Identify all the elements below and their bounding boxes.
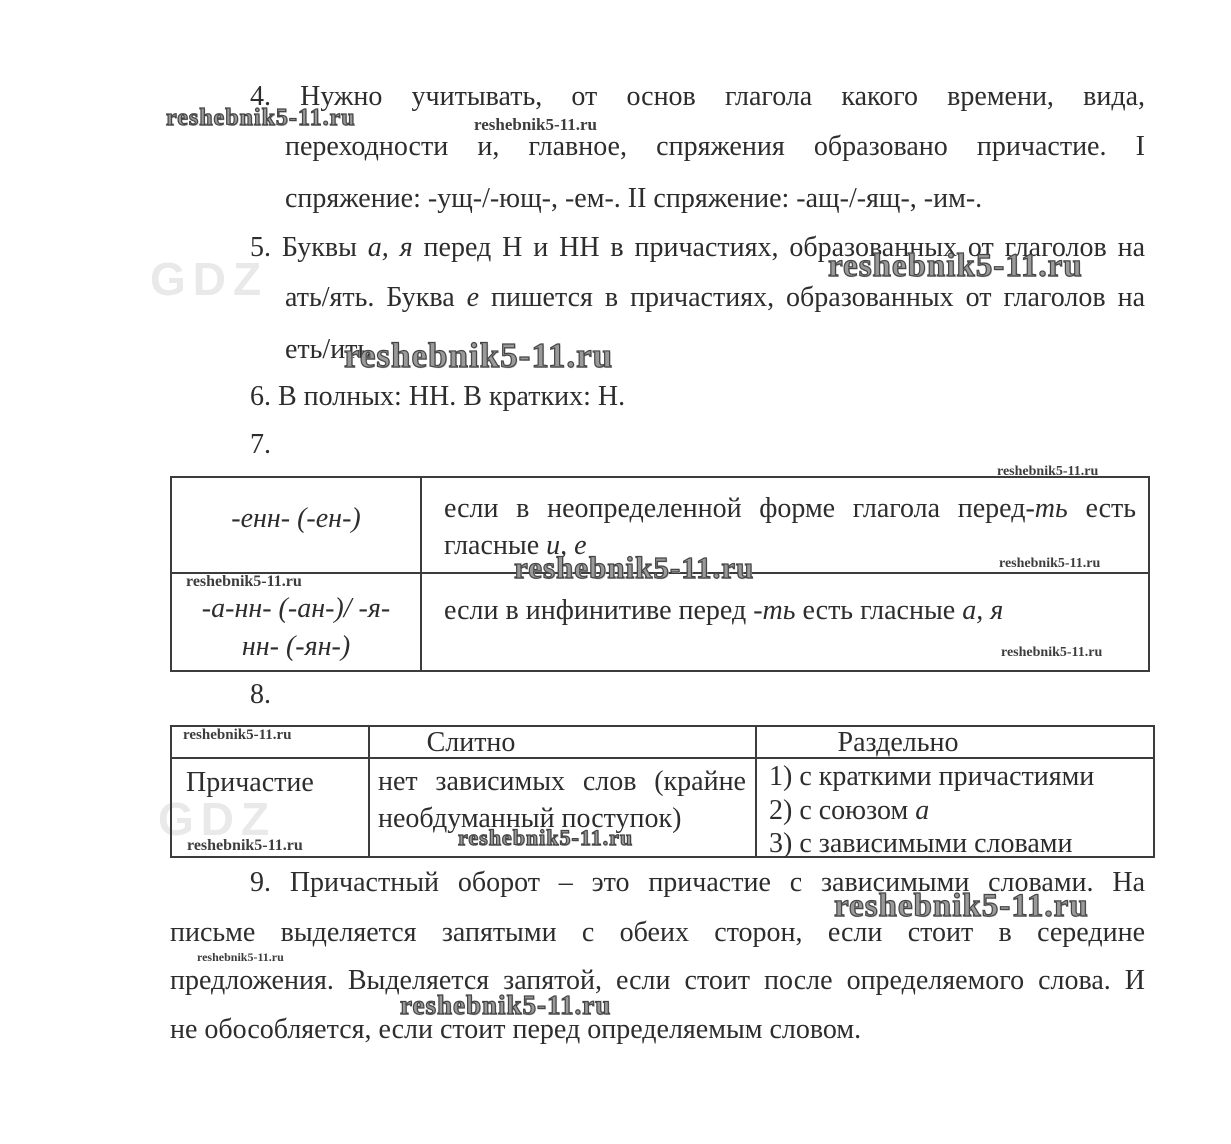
- watermark-text: reshebnik5-11.ru: [458, 827, 633, 849]
- watermark-text: reshebnik5-11.ru: [514, 552, 754, 583]
- watermark-text: reshebnik5-11.ru: [344, 338, 613, 373]
- watermark-text: reshebnik5-11.ru: [999, 557, 1100, 571]
- list-item-4-line-2: переходности и, главное, спряжения образ…: [285, 130, 1145, 164]
- table-column-divider: [420, 478, 422, 670]
- watermark-text: reshebnik5-11.ru: [186, 574, 302, 590]
- watermark-text: reshebnik5-11.ru: [997, 465, 1098, 479]
- watermark-text: reshebnik5-11.ru: [834, 890, 1089, 923]
- watermark-text: reshebnik5-11.ru: [400, 992, 611, 1019]
- ne-spelling-table: Слитно Раздельно Причастие нет зависимых…: [170, 725, 1155, 858]
- table-cell-suffix-enn: -енн- (-ен-): [172, 500, 420, 537]
- watermark-text: reshebnik5-11.ru: [197, 951, 284, 963]
- table-cell-rule-ann: если в инфинитиве перед -ть есть гласные…: [444, 592, 1136, 629]
- document-page: GDZ GDZ 4. Нужно учитывать, от основ гла…: [0, 0, 1231, 1144]
- watermark-text: reshebnik5-11.ru: [828, 250, 1083, 283]
- list-item-5-line-2: ать/ять. Буква е пишется в причастиях, о…: [285, 281, 1145, 315]
- table-cell-slitno-line-1: нет зависимых слов (крайне: [378, 763, 746, 800]
- watermark-text: reshebnik5-11.ru: [166, 106, 356, 130]
- list-item-7-label: 7.: [250, 428, 271, 462]
- watermark-text: reshebnik5-11.ru: [187, 838, 303, 854]
- watermark-text: reshebnik5-11.ru: [1001, 646, 1102, 660]
- table-cell-suffix-ann-line-1: -а-нн- (-ан-)/ -я-: [172, 590, 420, 627]
- watermark-text: reshebnik5-11.ru: [183, 728, 292, 743]
- table-header-slitno: Слитно: [371, 727, 571, 759]
- table-cell-prichastie: Причастие: [186, 764, 314, 801]
- table-header-divider: [172, 757, 1153, 759]
- list-item-9-line-3: предложения. Выделяется запятой, если ст…: [170, 964, 1145, 998]
- list-item-6: 6. В полных: НН. В кратких: Н.: [250, 380, 625, 414]
- table-header-razdelno: Раздельно: [798, 727, 998, 759]
- table-cell-rule-enn-line-1: если в неопределенной форме глагола пере…: [444, 490, 1136, 527]
- table-column-divider: [755, 727, 757, 856]
- table-column-divider: [368, 727, 370, 856]
- list-item-4-line-3: спряжение: -ущ-/-ющ-, -ем-. II спряжение…: [285, 182, 982, 216]
- watermark-text: reshebnik5-11.ru: [474, 116, 597, 133]
- list-item-4-line-1: 4. Нужно учитывать, от основ глагола как…: [250, 80, 1145, 114]
- table-cell-suffix-ann-line-2: нн- (-ян-): [172, 628, 420, 665]
- table-cell-razdelno-line-3: 3) с зависимыми словами: [769, 827, 1072, 861]
- table-cell-razdelno-line-1: 1) с краткими причастиями: [769, 760, 1094, 794]
- list-item-8-label: 8.: [250, 678, 271, 712]
- table-cell-razdelno-line-2: 2) с союзом а: [769, 794, 929, 828]
